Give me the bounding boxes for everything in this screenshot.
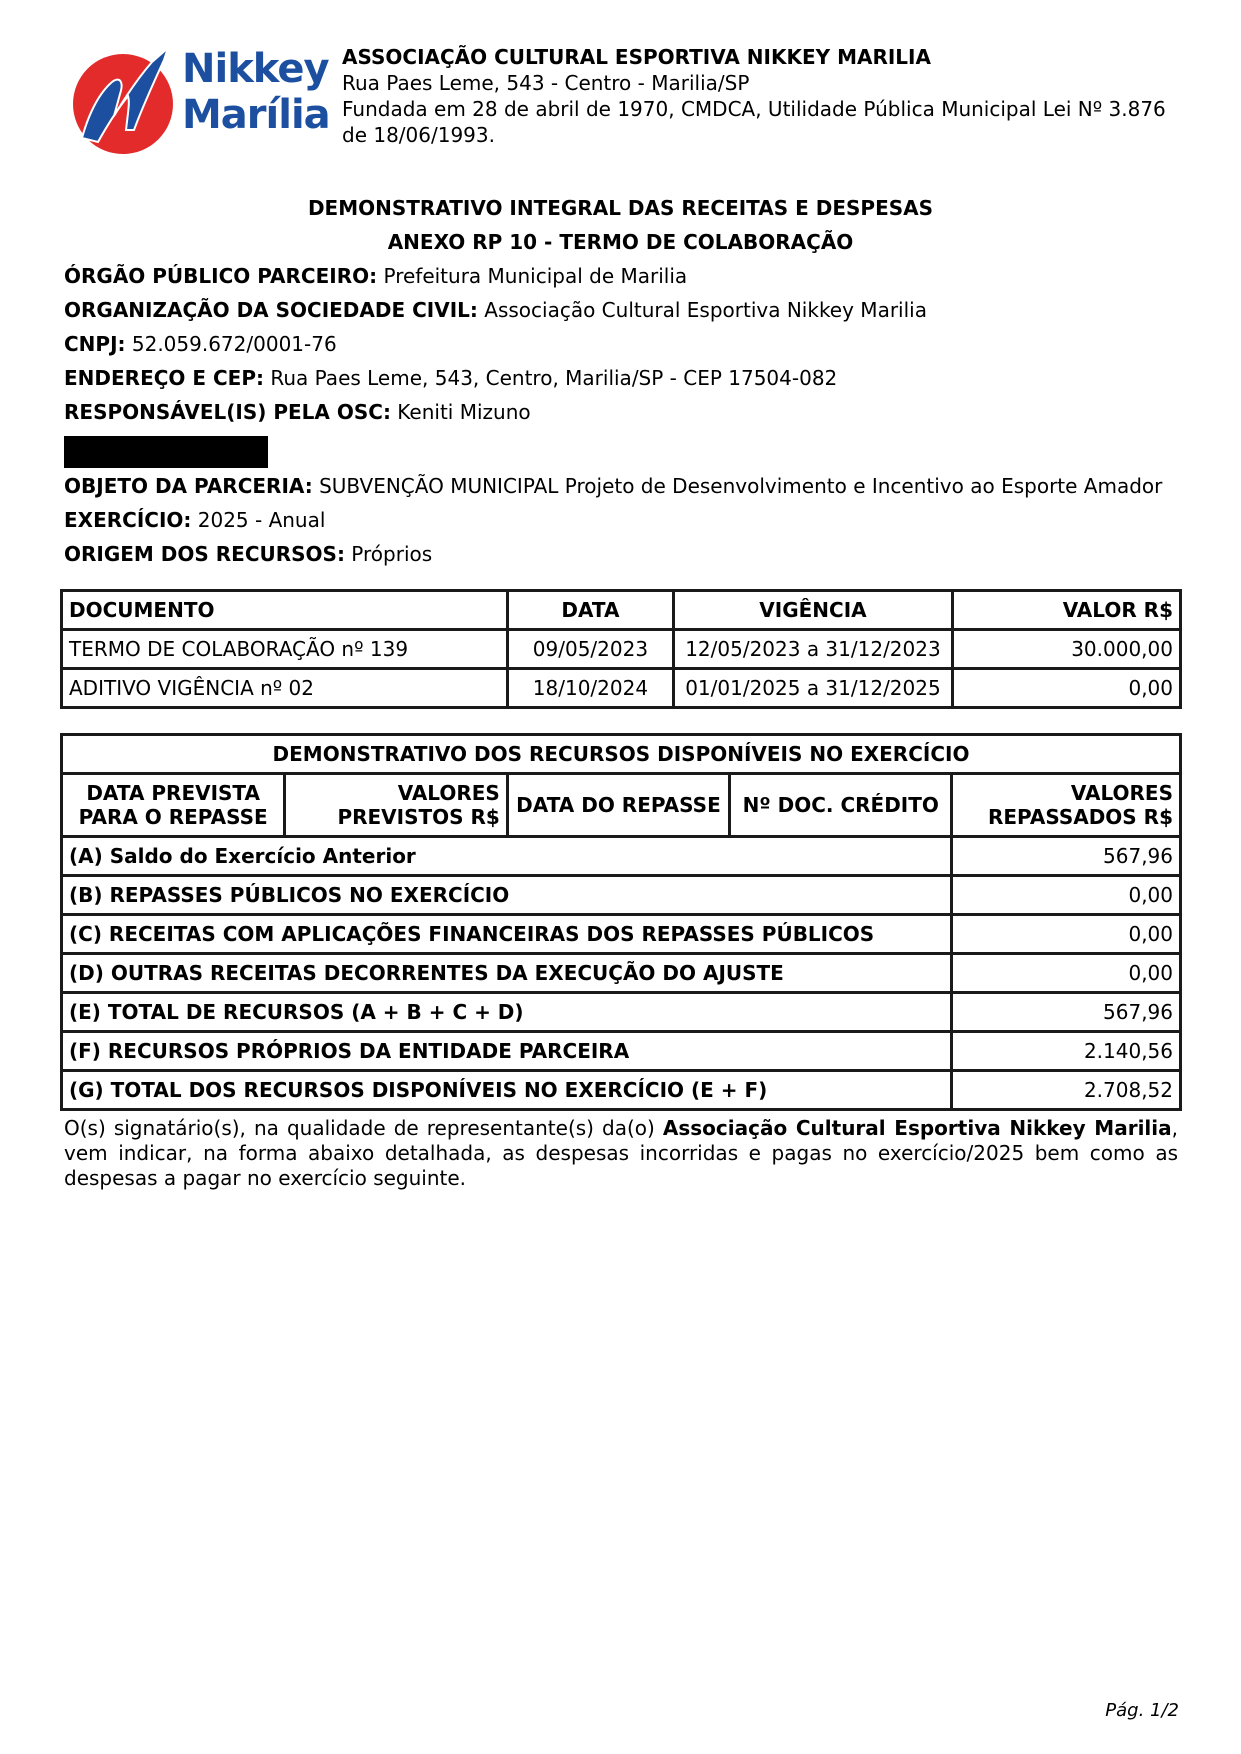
field-label: CNPJ: bbox=[64, 332, 126, 356]
letterhead: Nikkey Marília ASSOCIAÇÃO CULTURAL ESPOR… bbox=[64, 40, 1184, 160]
signatory-statement: O(s) signatário(s), na qualidade de repr… bbox=[64, 1116, 1178, 1191]
table-cell: 09/05/2023 bbox=[507, 630, 674, 669]
field-endereco: ENDEREÇO E CEP: Rua Paes Leme, 543, Cent… bbox=[64, 366, 837, 390]
row-value: 0,00 bbox=[952, 954, 1181, 993]
table-row: TERMO DE COLABORAÇÃO nº 139 09/05/2023 1… bbox=[62, 630, 1181, 669]
row-label: (E) TOTAL DE RECURSOS (A + B + C + D) bbox=[62, 993, 952, 1032]
row-label: (F) RECURSOS PRÓPRIOS DA ENTIDADE PARCEI… bbox=[62, 1032, 952, 1071]
organization-name: ASSOCIAÇÃO CULTURAL ESPORTIVA NIKKEY MAR… bbox=[342, 44, 1192, 70]
document-page: Nikkey Marília ASSOCIAÇÃO CULTURAL ESPOR… bbox=[0, 0, 1241, 1754]
header-line: PREVISTOS R$ bbox=[292, 805, 499, 829]
table-row: (C) RECEITAS COM APLICAÇÕES FINANCEIRAS … bbox=[62, 915, 1181, 954]
table-title-row: DEMONSTRATIVO DOS RECURSOS DISPONÍVEIS N… bbox=[62, 735, 1181, 774]
field-value: Associação Cultural Esportiva Nikkey Mar… bbox=[478, 298, 927, 322]
column-header: VALORESPREVISTOS R$ bbox=[285, 774, 507, 837]
column-header: VALOR R$ bbox=[952, 591, 1180, 630]
redacted-block bbox=[64, 436, 268, 468]
field-osc: ORGANIZAÇÃO DA SOCIEDADE CIVIL: Associaç… bbox=[64, 298, 927, 322]
resources-table: DEMONSTRATIVO DOS RECURSOS DISPONÍVEIS N… bbox=[60, 733, 1182, 1111]
field-value: 52.059.672/0001-76 bbox=[126, 332, 337, 356]
table-cell: 12/05/2023 a 31/12/2023 bbox=[674, 630, 952, 669]
row-label: (B) REPASSES PÚBLICOS NO EXERCÍCIO bbox=[62, 876, 952, 915]
field-origem: ORIGEM DOS RECURSOS: Próprios bbox=[64, 542, 432, 566]
column-header: DOCUMENTO bbox=[62, 591, 508, 630]
field-orgao-publico: ÓRGÃO PÚBLICO PARCEIRO: Prefeitura Munic… bbox=[64, 264, 687, 288]
document-title: DEMONSTRATIVO INTEGRAL DAS RECEITAS E DE… bbox=[0, 196, 1241, 220]
statement-prefix: O(s) signatário(s), na qualidade de repr… bbox=[64, 1116, 663, 1140]
table-cell: TERMO DE COLABORAÇÃO nº 139 bbox=[62, 630, 508, 669]
organization-address: Rua Paes Leme, 543 - Centro - Marilia/SP bbox=[342, 70, 1192, 96]
table-row: (D) OUTRAS RECEITAS DECORRENTES DA EXECU… bbox=[62, 954, 1181, 993]
field-label: ORIGEM DOS RECURSOS: bbox=[64, 542, 345, 566]
row-label: (D) OUTRAS RECEITAS DECORRENTES DA EXECU… bbox=[62, 954, 952, 993]
nikkey-logo-icon bbox=[68, 46, 178, 156]
table-title: DEMONSTRATIVO DOS RECURSOS DISPONÍVEIS N… bbox=[62, 735, 1181, 774]
field-value: SUBVENÇÃO MUNICIPAL Projeto de Desenvolv… bbox=[313, 474, 1163, 498]
table-cell: 0,00 bbox=[952, 669, 1180, 708]
table-header-row: DATA PREVISTAPARA O REPASSE VALORESPREVI… bbox=[62, 774, 1181, 837]
table-cell: 01/01/2025 a 31/12/2025 bbox=[674, 669, 952, 708]
table-header-row: DOCUMENTO DATA VIGÊNCIA VALOR R$ bbox=[62, 591, 1181, 630]
field-label: ENDEREÇO E CEP: bbox=[64, 366, 264, 390]
organization-logo: Nikkey Marília bbox=[64, 40, 334, 155]
header-line: REPASSADOS R$ bbox=[959, 805, 1173, 829]
logo-line-1: Nikkey bbox=[182, 46, 330, 92]
logo-wordmark: Nikkey Marília bbox=[182, 46, 330, 138]
row-value: 2.140,56 bbox=[952, 1032, 1181, 1071]
row-label: (A) Saldo do Exercício Anterior bbox=[62, 837, 952, 876]
table-row: (G) TOTAL DOS RECURSOS DISPONÍVEIS NO EX… bbox=[62, 1071, 1181, 1110]
header-line: DATA PREVISTA bbox=[69, 781, 277, 805]
field-label: OBJETO DA PARCERIA: bbox=[64, 474, 313, 498]
table-row: ADITIVO VIGÊNCIA nº 02 18/10/2024 01/01/… bbox=[62, 669, 1181, 708]
table-cell: 30.000,00 bbox=[952, 630, 1180, 669]
field-label: EXERCÍCIO: bbox=[64, 508, 191, 532]
documents-table: DOCUMENTO DATA VIGÊNCIA VALOR R$ TERMO D… bbox=[60, 589, 1182, 709]
document-subtitle: ANEXO RP 10 - TERMO DE COLABORAÇÃO bbox=[0, 230, 1241, 254]
row-value: 567,96 bbox=[952, 993, 1181, 1032]
page-number: Pág. 1/2 bbox=[1105, 1700, 1179, 1721]
table-row: (B) REPASSES PÚBLICOS NO EXERCÍCIO0,00 bbox=[62, 876, 1181, 915]
field-label: RESPONSÁVEL(IS) PELA OSC: bbox=[64, 400, 391, 424]
field-value: Prefeitura Municipal de Marilia bbox=[377, 264, 687, 288]
field-exercicio: EXERCÍCIO: 2025 - Anual bbox=[64, 508, 325, 532]
field-value: Próprios bbox=[345, 542, 432, 566]
organization-info: ASSOCIAÇÃO CULTURAL ESPORTIVA NIKKEY MAR… bbox=[342, 44, 1192, 148]
field-label: ÓRGÃO PÚBLICO PARCEIRO: bbox=[64, 264, 377, 288]
organization-founded: Fundada em 28 de abril de 1970, CMDCA, U… bbox=[342, 96, 1192, 148]
field-value: Keniti Mizuno bbox=[391, 400, 531, 424]
header-line: PARA O REPASSE bbox=[69, 805, 277, 829]
column-header: Nº DOC. CRÉDITO bbox=[730, 774, 952, 837]
column-header: DATA bbox=[507, 591, 674, 630]
table-row: (F) RECURSOS PRÓPRIOS DA ENTIDADE PARCEI… bbox=[62, 1032, 1181, 1071]
table-row: (E) TOTAL DE RECURSOS (A + B + C + D)567… bbox=[62, 993, 1181, 1032]
field-label: ORGANIZAÇÃO DA SOCIEDADE CIVIL: bbox=[64, 298, 478, 322]
row-value: 0,00 bbox=[952, 915, 1181, 954]
field-cnpj: CNPJ: 52.059.672/0001-76 bbox=[64, 332, 337, 356]
statement-org: Associação Cultural Esportiva Nikkey Mar… bbox=[663, 1116, 1172, 1140]
field-value: Rua Paes Leme, 543, Centro, Marilia/SP -… bbox=[264, 366, 837, 390]
field-responsavel: RESPONSÁVEL(IS) PELA OSC: Keniti Mizuno bbox=[64, 400, 531, 424]
table-row: (A) Saldo do Exercício Anterior567,96 bbox=[62, 837, 1181, 876]
row-value: 2.708,52 bbox=[952, 1071, 1181, 1110]
row-value: 0,00 bbox=[952, 876, 1181, 915]
table-cell: 18/10/2024 bbox=[507, 669, 674, 708]
field-value: 2025 - Anual bbox=[191, 508, 325, 532]
column-header: VIGÊNCIA bbox=[674, 591, 952, 630]
row-value: 567,96 bbox=[952, 837, 1181, 876]
column-header: VALORESREPASSADOS R$ bbox=[952, 774, 1181, 837]
table-cell: ADITIVO VIGÊNCIA nº 02 bbox=[62, 669, 508, 708]
field-objeto: OBJETO DA PARCERIA: SUBVENÇÃO MUNICIPAL … bbox=[64, 474, 1162, 498]
logo-line-2: Marília bbox=[182, 92, 330, 138]
header-line: VALORES bbox=[292, 781, 499, 805]
header-line: VALORES bbox=[959, 781, 1173, 805]
column-header: DATA DO REPASSE bbox=[507, 774, 729, 837]
row-label: (C) RECEITAS COM APLICAÇÕES FINANCEIRAS … bbox=[62, 915, 952, 954]
row-label: (G) TOTAL DOS RECURSOS DISPONÍVEIS NO EX… bbox=[62, 1071, 952, 1110]
column-header: DATA PREVISTAPARA O REPASSE bbox=[62, 774, 285, 837]
